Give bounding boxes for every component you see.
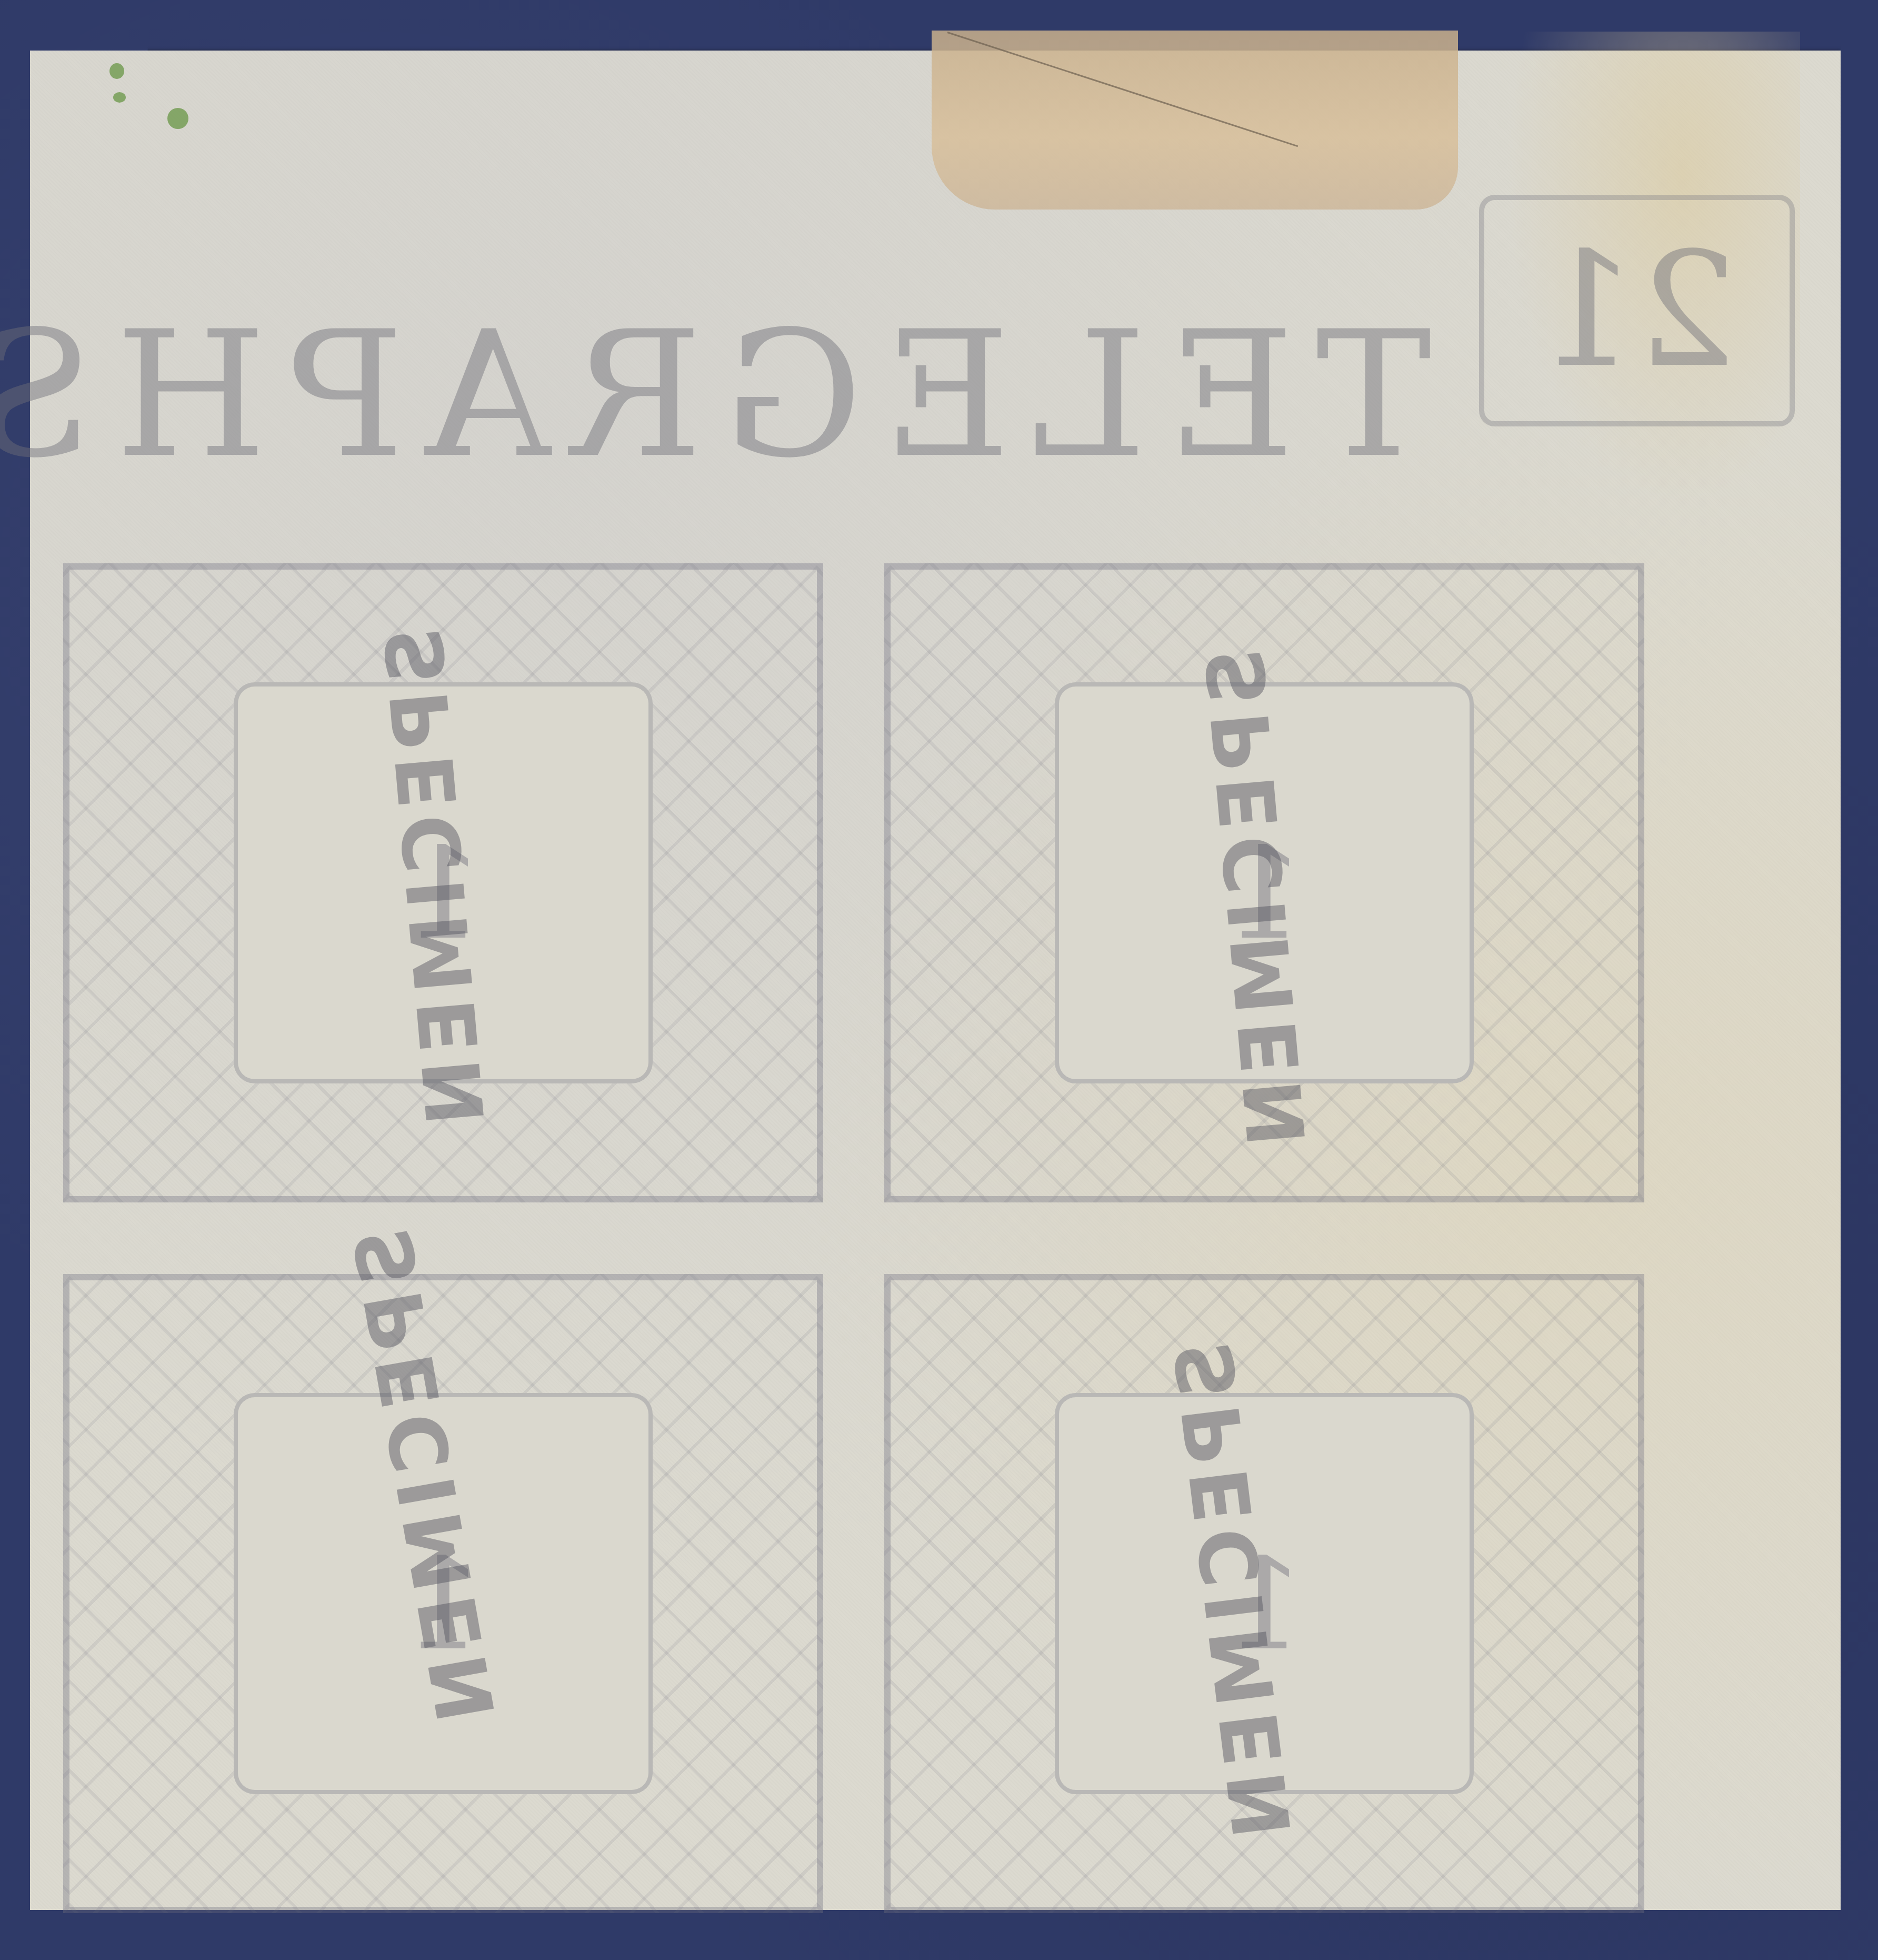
hinge-remnant <box>932 31 1458 210</box>
ink-spot <box>109 63 124 79</box>
mirrored-header-text: TELEGRAPHS <box>63 305 1432 484</box>
plate-number-box: 21 <box>1479 195 1795 426</box>
ink-spot <box>113 92 126 103</box>
ink-spot <box>167 108 188 129</box>
